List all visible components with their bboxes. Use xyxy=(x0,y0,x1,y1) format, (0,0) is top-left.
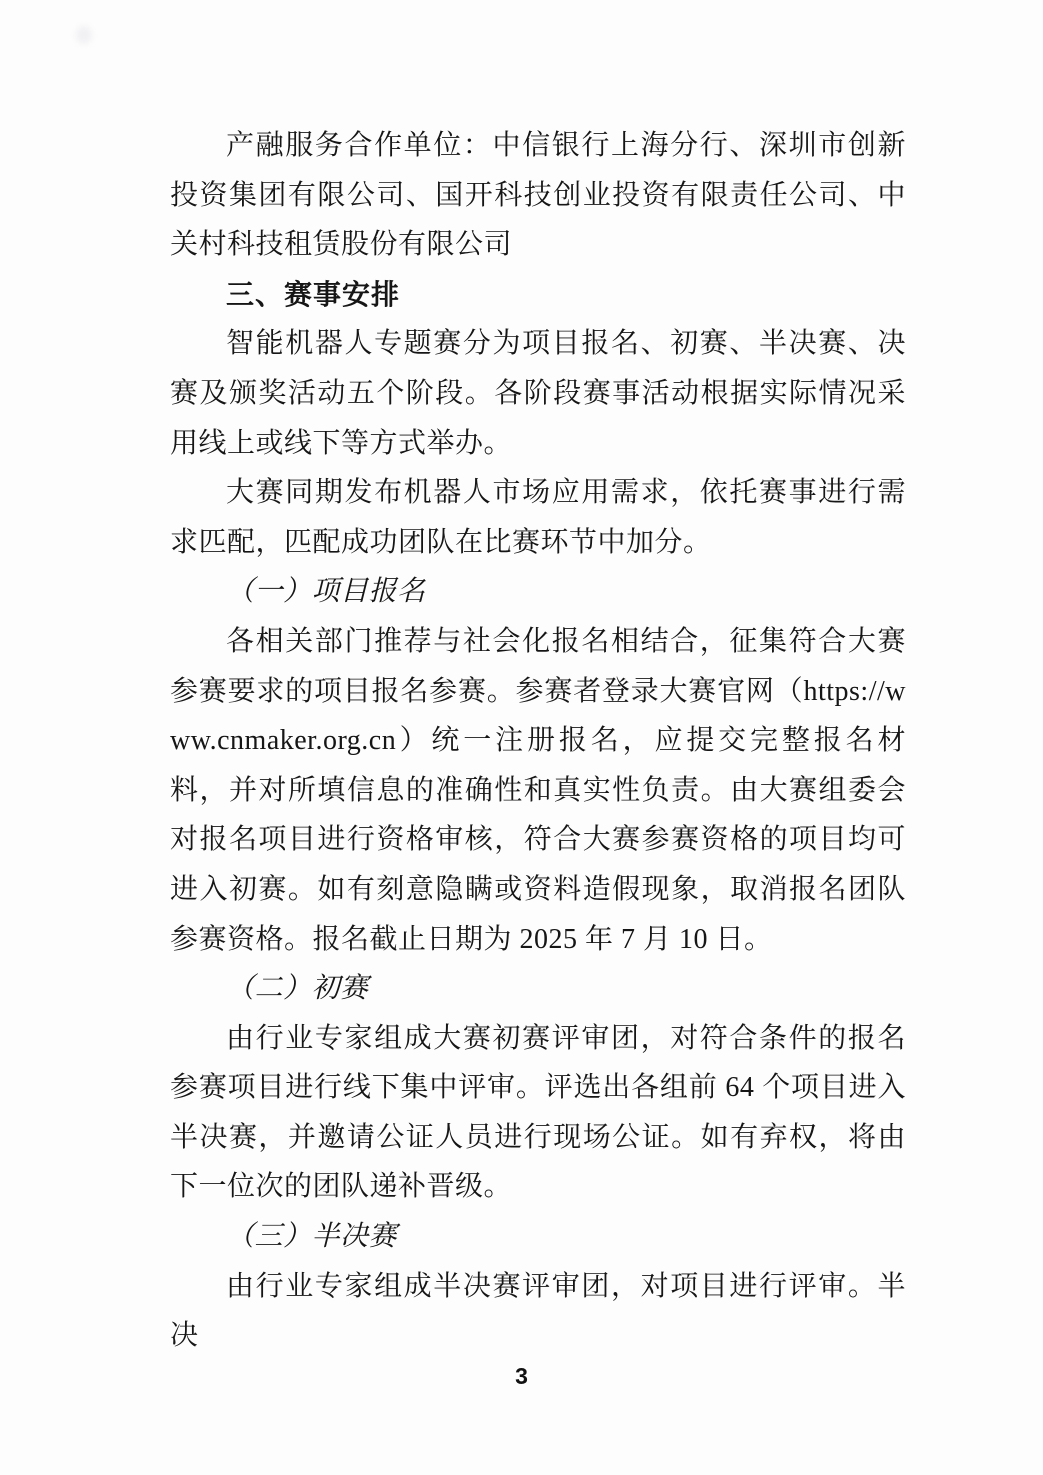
paragraph-market-demand: 大赛同期发布机器人市场应用需求，依托赛事进行需求匹配，匹配成功团队在比赛环节中加… xyxy=(170,468,906,567)
heading-preliminary-round: （二）初赛 xyxy=(170,964,906,1014)
scan-artifact xyxy=(76,26,92,44)
paragraph-registration-details: 各相关部门推荐与社会化报名相结合，征集符合大赛参赛要求的项目报名参赛。参赛者登录… xyxy=(170,617,906,964)
paragraph-preliminary-details: 由行业专家组成大赛初赛评审团，对符合条件的报名参赛项目进行线下集中评审。评选出各… xyxy=(170,1014,906,1212)
paragraph-competition-stages: 智能机器人专题赛分为项目报名、初赛、半决赛、决赛及颁奖活动五个阶段。各阶段赛事活… xyxy=(170,319,906,468)
heading-semifinal-round: （三）半决赛 xyxy=(170,1212,906,1262)
heading-project-registration: （一）项目报名 xyxy=(170,567,906,617)
paragraph-finance-partners: 产融服务合作单位：中信银行上海分行、深圳市创新投资集团有限公司、国开科技创业投资… xyxy=(170,121,906,270)
document-body: 产融服务合作单位：中信银行上海分行、深圳市创新投资集团有限公司、国开科技创业投资… xyxy=(170,121,906,1361)
document-page: 产融服务合作单位：中信银行上海分行、深圳市创新投资集团有限公司、国开科技创业投资… xyxy=(0,0,1043,1475)
page-number: 3 xyxy=(0,1363,1043,1390)
paragraph-semifinal-details: 由行业专家组成半决赛评审团，对项目进行评审。半决 xyxy=(170,1262,906,1361)
heading-event-schedule: 三、赛事安排 xyxy=(170,270,906,320)
